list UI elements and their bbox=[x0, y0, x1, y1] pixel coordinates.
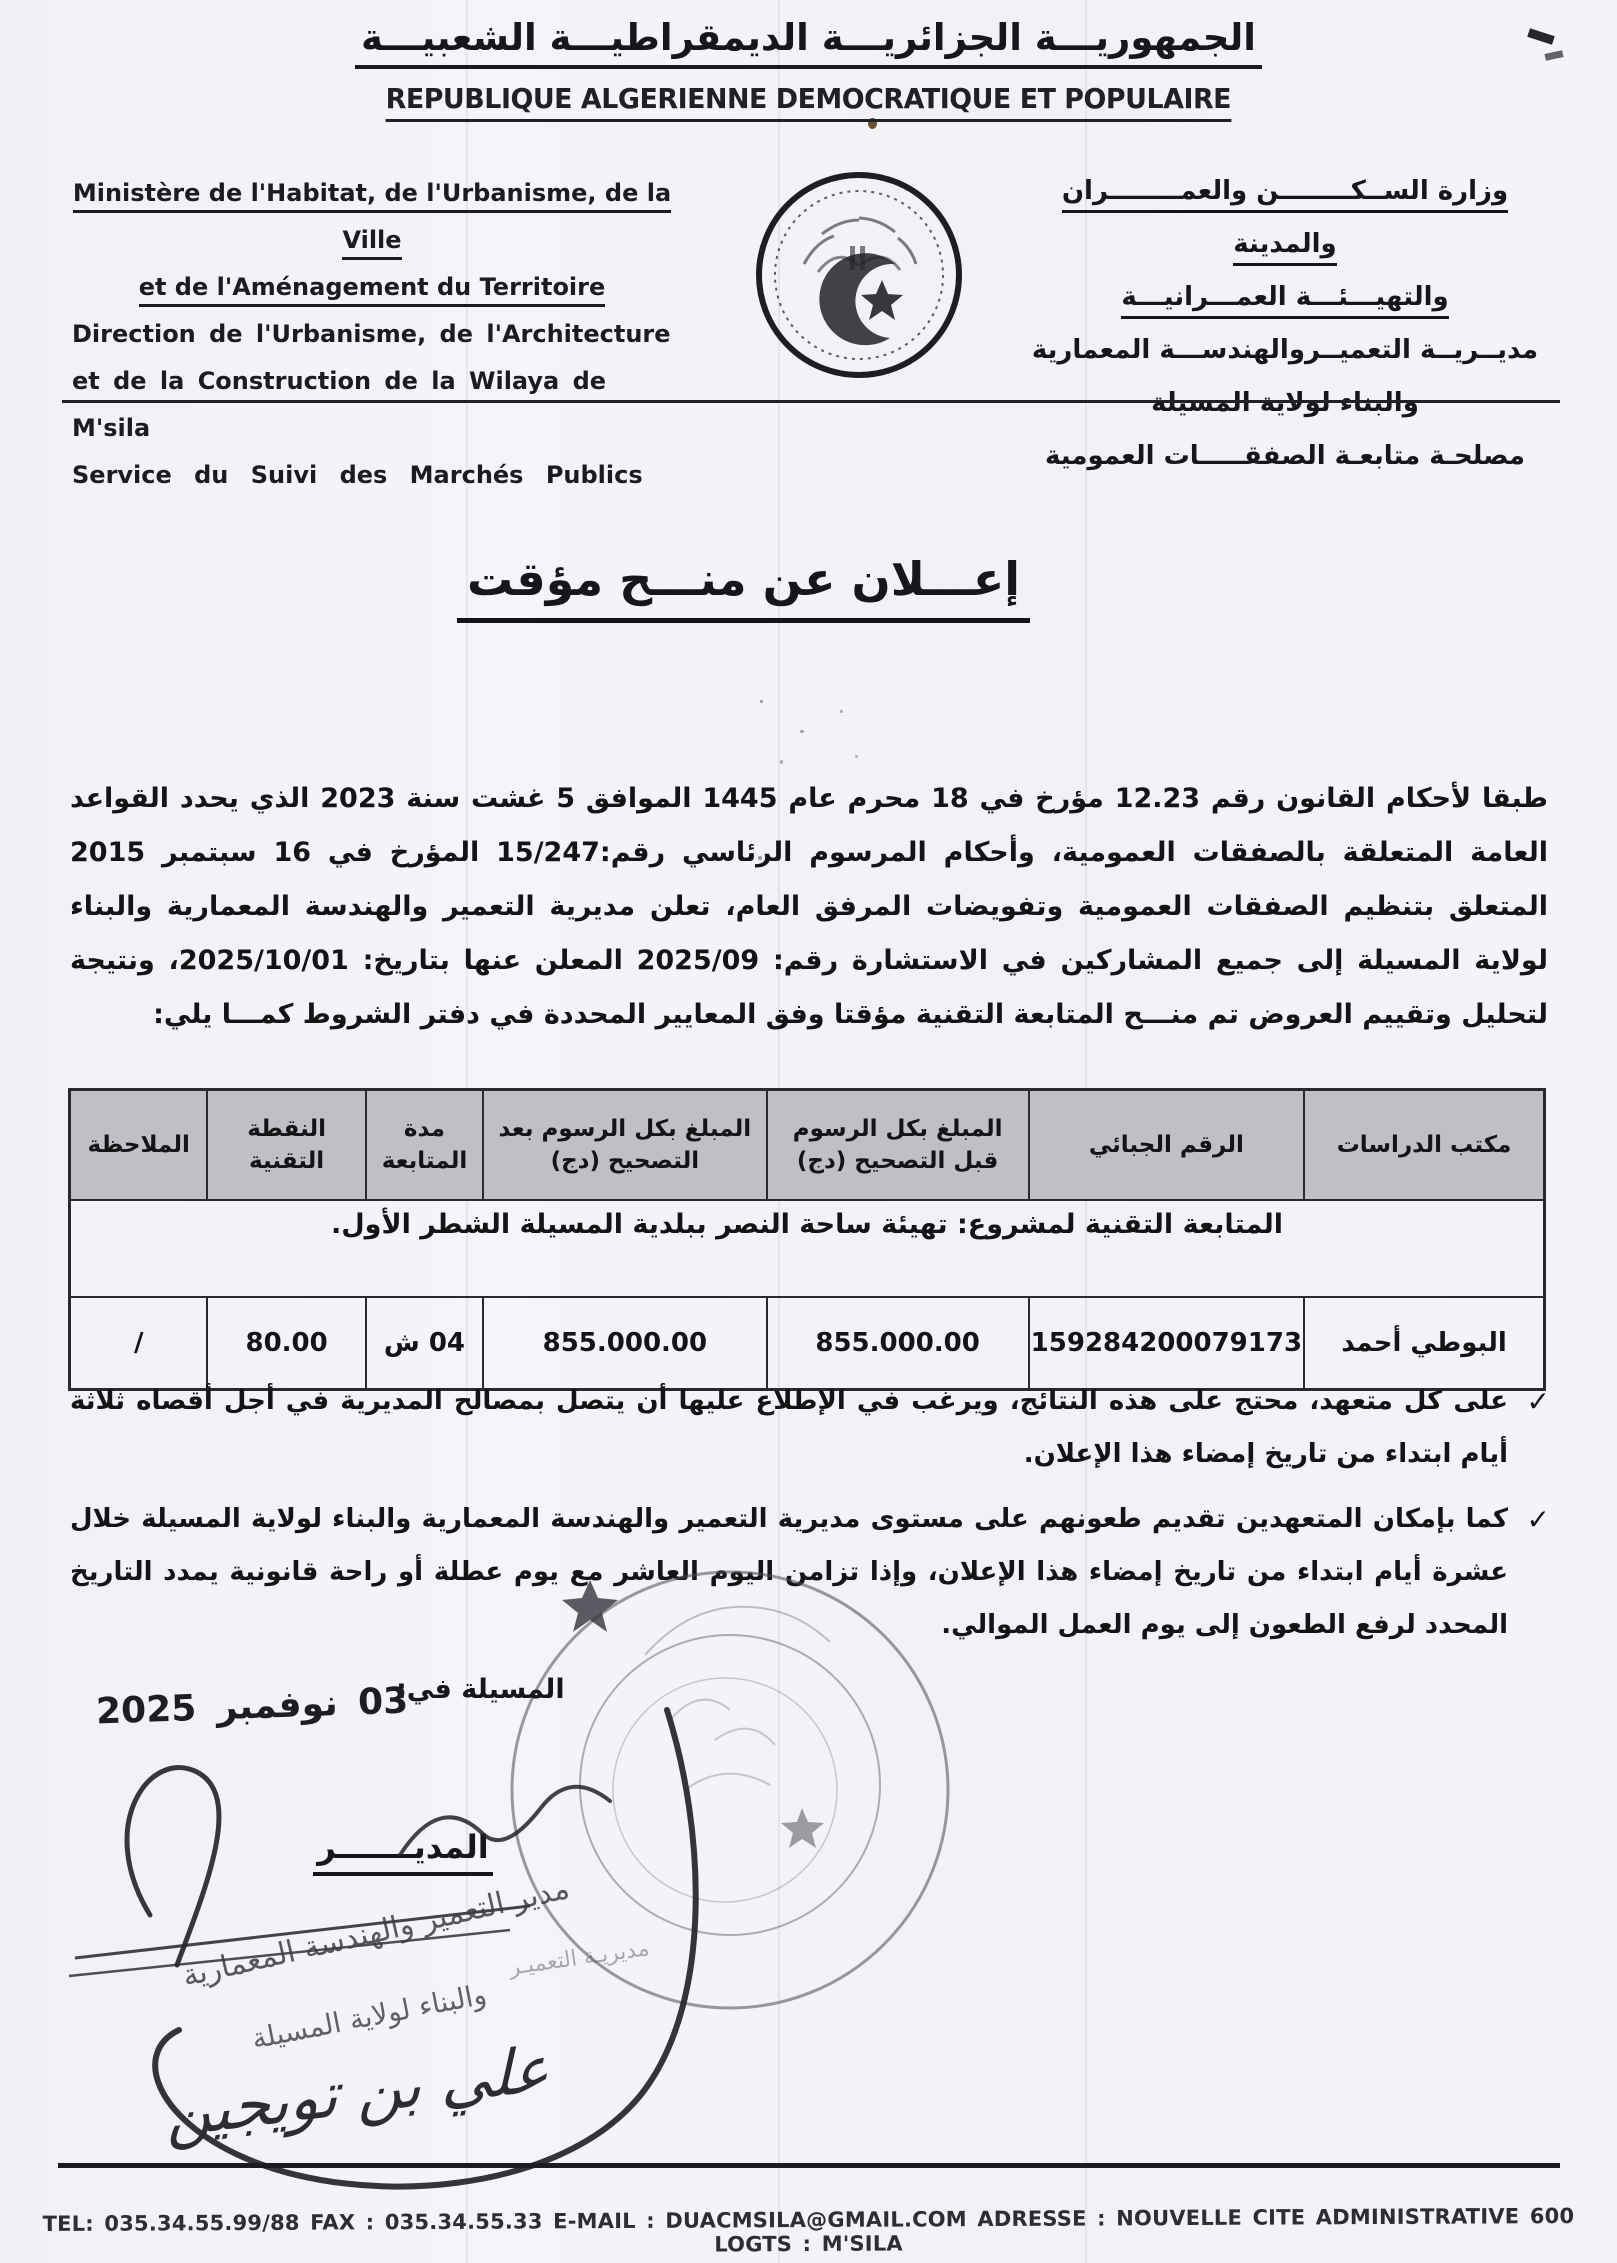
col-bureau-etudes: مكتب الدراسات bbox=[1304, 1090, 1544, 1201]
col-amount-before: المبلغ بكل الرسوم قبل التصحيح (دج) bbox=[767, 1090, 1029, 1201]
footer-divider bbox=[58, 2163, 1560, 2168]
scan-speck bbox=[855, 755, 858, 758]
scan-speck bbox=[800, 730, 804, 733]
scanned-document-page: الجمهوريـــة الجزائريـــة الديمقراطيـــة… bbox=[0, 0, 1617, 2263]
note-text: على كل متعهد، محتج على هذه النتائج، ويرغ… bbox=[70, 1386, 1508, 1469]
algeria-state-emblem-icon bbox=[752, 168, 967, 387]
list-item: ✓ على كل متعهد، محتج على هذه النتائج، وي… bbox=[70, 1375, 1552, 1481]
ministry-line: et de l'Aménagement du Territoire bbox=[72, 264, 672, 311]
project-row: المتابعة التقنية لمشروع: تهيئة ساحة النص… bbox=[70, 1200, 1545, 1297]
republic-title-french: REPUBLIQUE ALGERIENNE DEMOCRATIQUE ET PO… bbox=[0, 82, 1617, 122]
scan-speck bbox=[840, 710, 843, 713]
check-icon: ✓ bbox=[1527, 1493, 1550, 1546]
page-title: إعـــلان عن منـــح مؤقت bbox=[0, 552, 1617, 623]
award-results-table: مكتب الدراسات الرقم الجبائي المبلغ بكل ا… bbox=[68, 1088, 1546, 1391]
republic-title-arabic: الجمهوريـــة الجزائريـــة الديمقراطيـــة… bbox=[0, 16, 1617, 59]
table-header-row: مكتب الدراسات الرقم الجبائي المبلغ بكل ا… bbox=[70, 1090, 1545, 1201]
ministry-line: Service du Suivi des Marchés Publics bbox=[72, 452, 672, 499]
check-icon: ✓ bbox=[1527, 1375, 1550, 1428]
col-duration: مدة المتابعة bbox=[366, 1090, 483, 1201]
ministry-line: et de la Construction de la Wilaya de M'… bbox=[72, 358, 672, 452]
scan-speck bbox=[780, 760, 783, 764]
ministry-line: والبناء لولاية المسيلة bbox=[1020, 377, 1550, 430]
col-tax-number: الرقم الجبائي bbox=[1029, 1090, 1304, 1201]
col-amount-after: المبلغ بكل الرسوم بعد التصحيح (دج) bbox=[483, 1090, 766, 1201]
ministry-line: مصلحـة متابعـة الصفقـــــات العمومية bbox=[1020, 430, 1550, 483]
ministry-block-arabic: وزارة الســكــــــــن والعمــــــــران و… bbox=[1020, 165, 1550, 483]
ministry-line: Direction de l'Urbanisme, de l'Architect… bbox=[72, 311, 672, 358]
ministry-line: مديــريــة التعميــروالهندســـة المعماري… bbox=[1020, 324, 1550, 377]
footer-contact-line: TEL: 035.34.55.99/88 FAX : 035.34.55.33 … bbox=[0, 2204, 1617, 2260]
project-title-cell: المتابعة التقنية لمشروع: تهيئة ساحة النص… bbox=[70, 1200, 1545, 1297]
body-paragraph: طبقا لأحكام القانون رقم 12.23 مؤرخ في 18… bbox=[70, 772, 1548, 1042]
col-remark: الملاحظة bbox=[70, 1090, 208, 1201]
ministry-line: وزارة الســكــــــــن والعمــــــــران و… bbox=[1020, 165, 1550, 271]
scan-speck bbox=[760, 700, 763, 703]
header-divider bbox=[62, 400, 1560, 403]
col-technical-score: النقطة التقنية bbox=[207, 1090, 365, 1201]
ministry-line: Ministère de l'Habitat, de l'Urbanisme, … bbox=[72, 170, 672, 264]
ministry-block-french: Ministère de l'Habitat, de l'Urbanisme, … bbox=[72, 170, 672, 499]
ministry-line: والتهيـــئـــة العمـــرانيـــة bbox=[1020, 271, 1550, 324]
